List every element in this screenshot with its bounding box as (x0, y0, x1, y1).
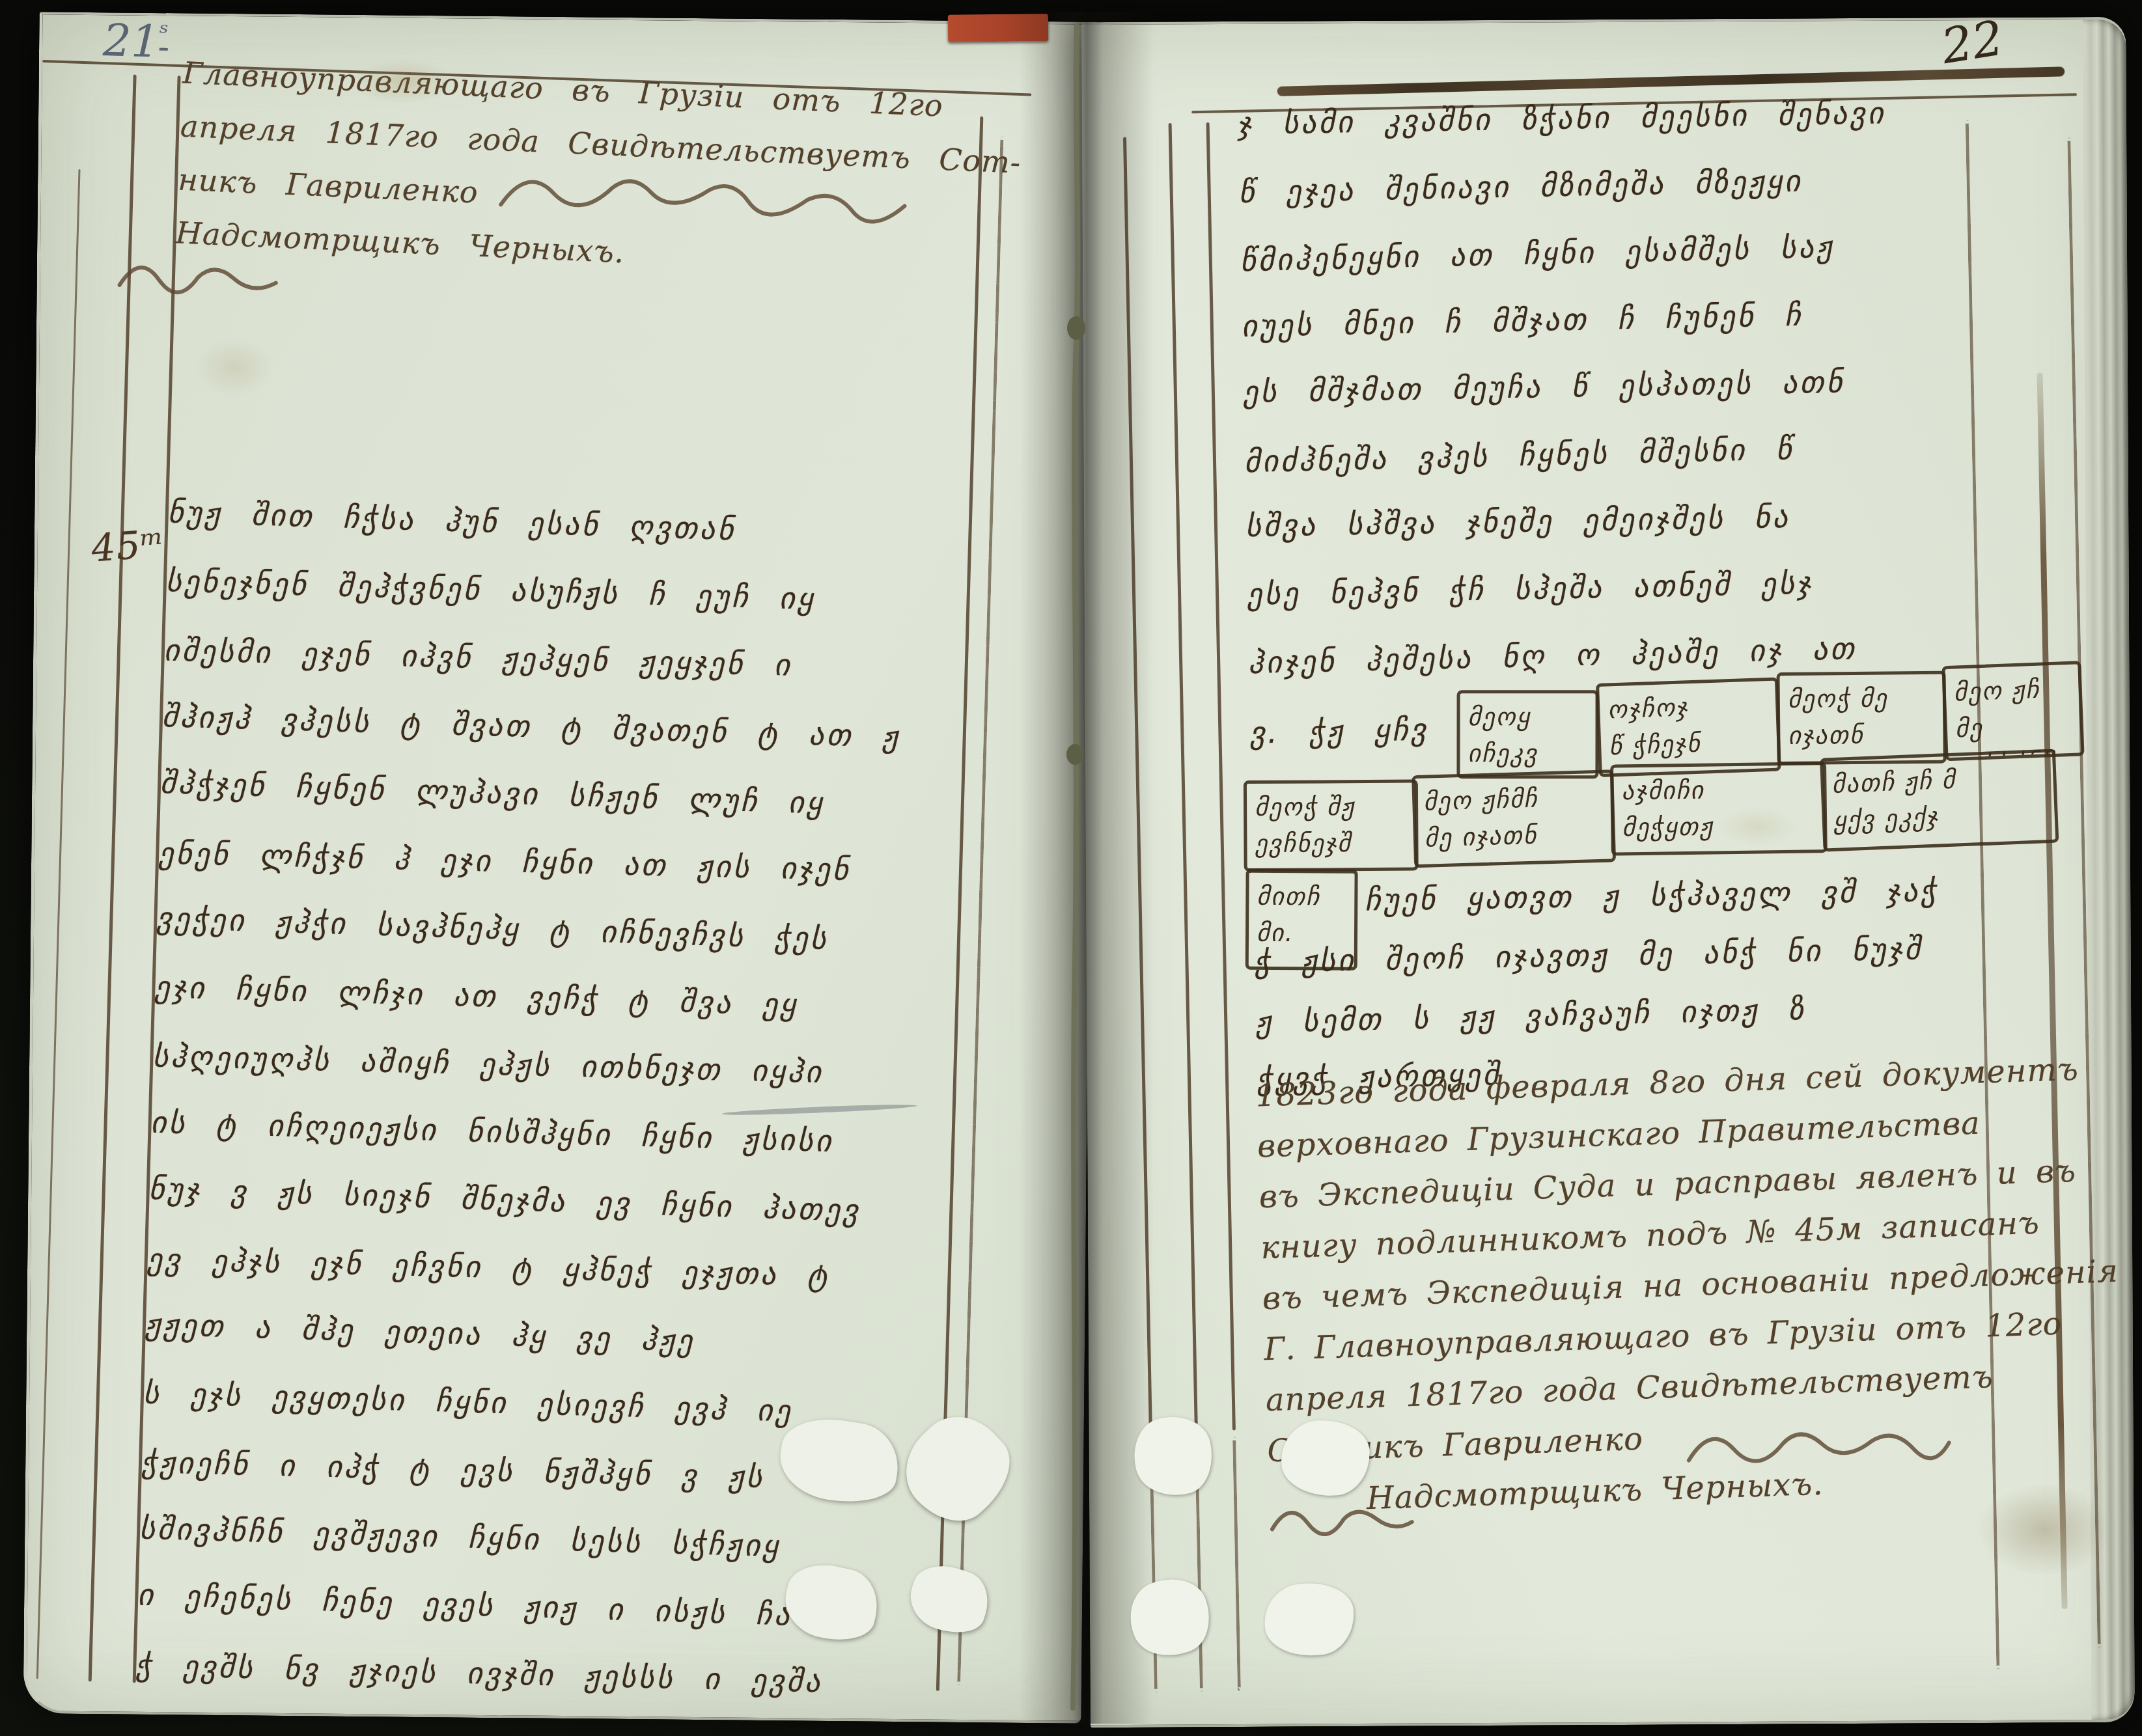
page-number-left-suffix: ˢ (159, 17, 169, 51)
text-line: მე იჯათნ (1424, 815, 1606, 857)
table-cell: მეო ჟჩმჩმე იჯათნ (1412, 769, 1616, 868)
page-number-right: 22 (1938, 10, 2007, 75)
text-line: იჯათნ (1788, 716, 1937, 754)
text-line: ევჩნეჯშ (1255, 825, 1408, 862)
text-line: მეოჭ შჟ (1255, 788, 1408, 825)
text-line: მეჭყთჟ (1622, 806, 1818, 846)
worm-hole (921, 1426, 993, 1511)
signature-flourish (494, 152, 912, 242)
text-line: ოჯჩოჯ (1607, 686, 1770, 728)
repaired-hole (1137, 1584, 1203, 1651)
text-line: წ ჭჩეჯნ (1608, 723, 1771, 764)
georgian-body-right: ჯ სამი კვაშნი ზჭანი მეესნი შენავიწ ეჯეა … (1237, 76, 2056, 695)
signature-flourish (113, 246, 283, 309)
repaired-hole (1145, 1426, 1202, 1487)
right-page: 22 ჯ სამი კვაშნი ზჭანი მეესნი შენავიწ ეჯ… (1081, 17, 2135, 1728)
page-number-left-value: 21 (102, 15, 160, 68)
text-line: აჯმიჩი (1621, 770, 1817, 809)
text-line: იჩეკვ (1467, 735, 1589, 771)
text-line: სშვა სჰშვა ჯნეშე ემეიჯშეს ნა (1245, 479, 2053, 560)
binding-cord-icon (1055, 22, 1094, 1715)
table-cell: აჯმიჩიმეჭყთჟ (1610, 762, 1828, 855)
right-page-content: 22 ჯ სამი კვაშნი ზჭანი მეესნი შენავიწ ეჯ… (1081, 7, 2142, 1728)
table-cell: მეოჭ შჟევჩნეჯშ (1244, 780, 1419, 872)
margin-rule (1123, 137, 1152, 1426)
worm-hole (923, 1578, 975, 1621)
signature-flourish (1682, 1416, 1956, 1480)
text-line: მეო ჟჩ მე (1953, 670, 2074, 747)
margin-entry-number: 45ᵐ (90, 521, 166, 570)
margin-rule (89, 74, 137, 1681)
page-number-left: 21ˢ (102, 15, 169, 68)
text-line: მეო ჟჩმჩ (1423, 778, 1605, 820)
worm-hole (789, 1424, 890, 1497)
cord-knot (1066, 744, 1083, 765)
table-cell: მეოჭ მეიჯათნ (1776, 671, 1946, 765)
scanned-manuscript-spread: 21ˢ Главноуправляющаго въ Грузіи отъ 12г… (0, 0, 2142, 1736)
margin-rule (1169, 123, 1198, 1425)
worm-hole (796, 1574, 867, 1632)
spine-fragment (948, 14, 1048, 42)
text-line: ჩუენ ყათვთ ჟ სჭჰაველ ვშ ჯაჭ (1365, 859, 2061, 930)
cord-knot (1067, 316, 1085, 340)
margin-rule-dashed (1232, 1437, 1241, 1690)
signature-flourish (1266, 1491, 1417, 1546)
text-line: მეოყ (1468, 698, 1589, 735)
russian-attestation: 1823го года февраля 8го дня сей документ… (1255, 1044, 2090, 1527)
margin-rule (1206, 122, 1236, 1431)
table-cell: მეოყიჩეკვ (1456, 690, 1598, 778)
table-cell: მეო ჟჩ მევახსჭნმ (1941, 661, 2084, 761)
text-line: ჯ სამი კვაშნი ზჭანი მეესნი შენავი (1237, 77, 2046, 158)
text-line: ყქვ ეკქჯ (1833, 794, 2049, 839)
text-line: მეოჭ მე (1788, 680, 1937, 717)
margin-rule (36, 169, 81, 1679)
repaired-hole (1272, 1589, 1346, 1651)
pre-table-line: ვ. ჭჟ ყჩვ (1249, 711, 1429, 751)
repaired-hole (1287, 1424, 1364, 1493)
georgian-body-left: ნუჟ შით ჩჭსა ჰუნ ესან ღვთანსენეჯნენ შეჰჭ… (135, 479, 976, 1720)
table-cell: მათჩ ჟჩ მყქვ ეკქჯ (1820, 749, 2059, 852)
